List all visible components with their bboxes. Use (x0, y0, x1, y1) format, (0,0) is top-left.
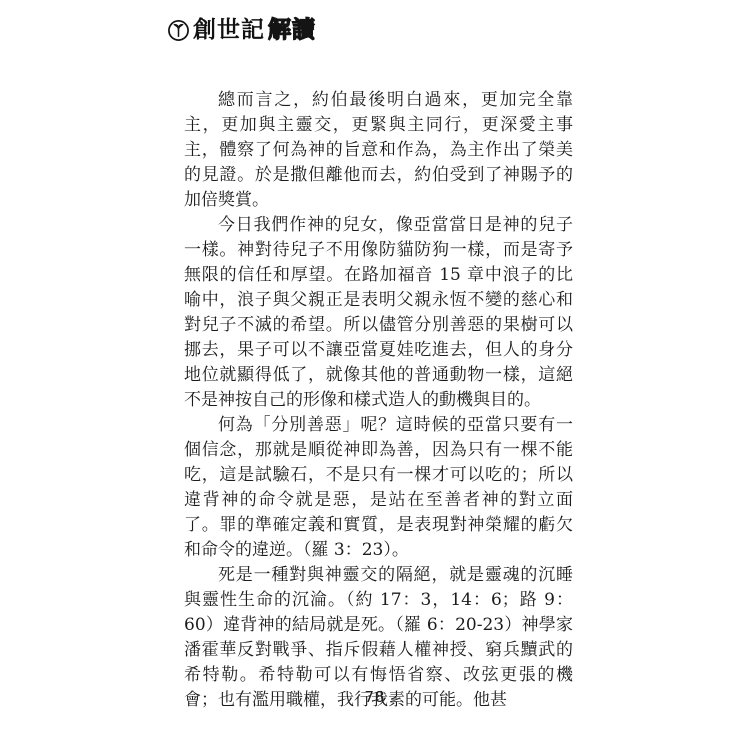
body-text: 總而言之，約伯最後明白過來，更加完全靠主，更加與主靈交，更緊與主同行，更深愛主事… (184, 88, 573, 713)
page-header: 創世記 解讀 (167, 16, 316, 44)
paragraph-3: 何為「分別善惡」呢？這時候的亞當只要有一個信念，那就是順從神即為善，因為只有一棵… (184, 413, 573, 563)
book-title: 創世記 (193, 19, 265, 42)
page-footer: 78 (0, 687, 750, 706)
page-number: 78 (364, 688, 385, 706)
paragraph-2: 今日我們作神的兒女，像亞當當日是神的兒子一樣。神對待兒子不用像防貓防狗一樣，而是… (184, 213, 573, 413)
book-subtitle-badge: 解讀 (268, 19, 316, 42)
paragraph-1: 總而言之，約伯最後明白過來，更加完全靠主，更加與主靈交，更緊與主同行，更深愛主事… (184, 88, 573, 213)
sprout-circle-icon (167, 19, 190, 42)
book-page: 創世記 解讀 總而言之，約伯最後明白過來，更加完全靠主，更加與主靈交，更緊與主同… (0, 0, 750, 750)
